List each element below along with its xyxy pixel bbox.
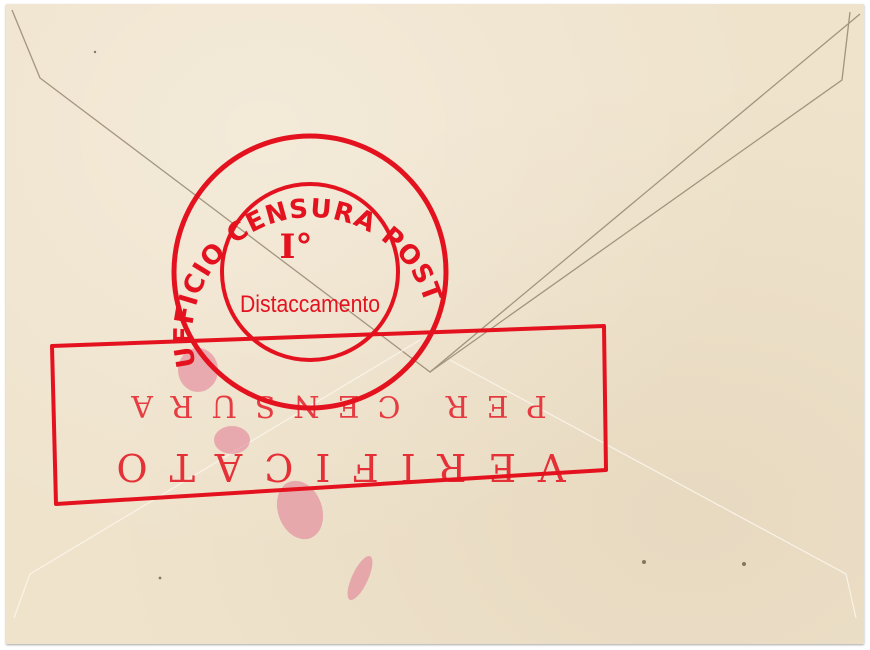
svg-text:UFFICIO CENSURA POSTA ESTERA: UFFICIO CENSURA POSTA ESTERA	[0, 0, 447, 370]
envelope-artwork: UFFICIO CENSURA POSTA ESTERA I° Distacca…	[0, 0, 870, 650]
stamp-center-label: Distaccamento	[240, 291, 380, 318]
stamp-line-verificato: VERIFICATO	[94, 445, 566, 489]
rectangular-verification-stamp: VERIFICATO PER CENSURA	[52, 326, 606, 504]
stamp-numeral: I°	[280, 227, 313, 267]
stamp-arc-text: UFFICIO CENSURA POSTA ESTERA	[0, 0, 447, 370]
stamp-line-per-censura: PER CENSURA	[113, 388, 546, 423]
